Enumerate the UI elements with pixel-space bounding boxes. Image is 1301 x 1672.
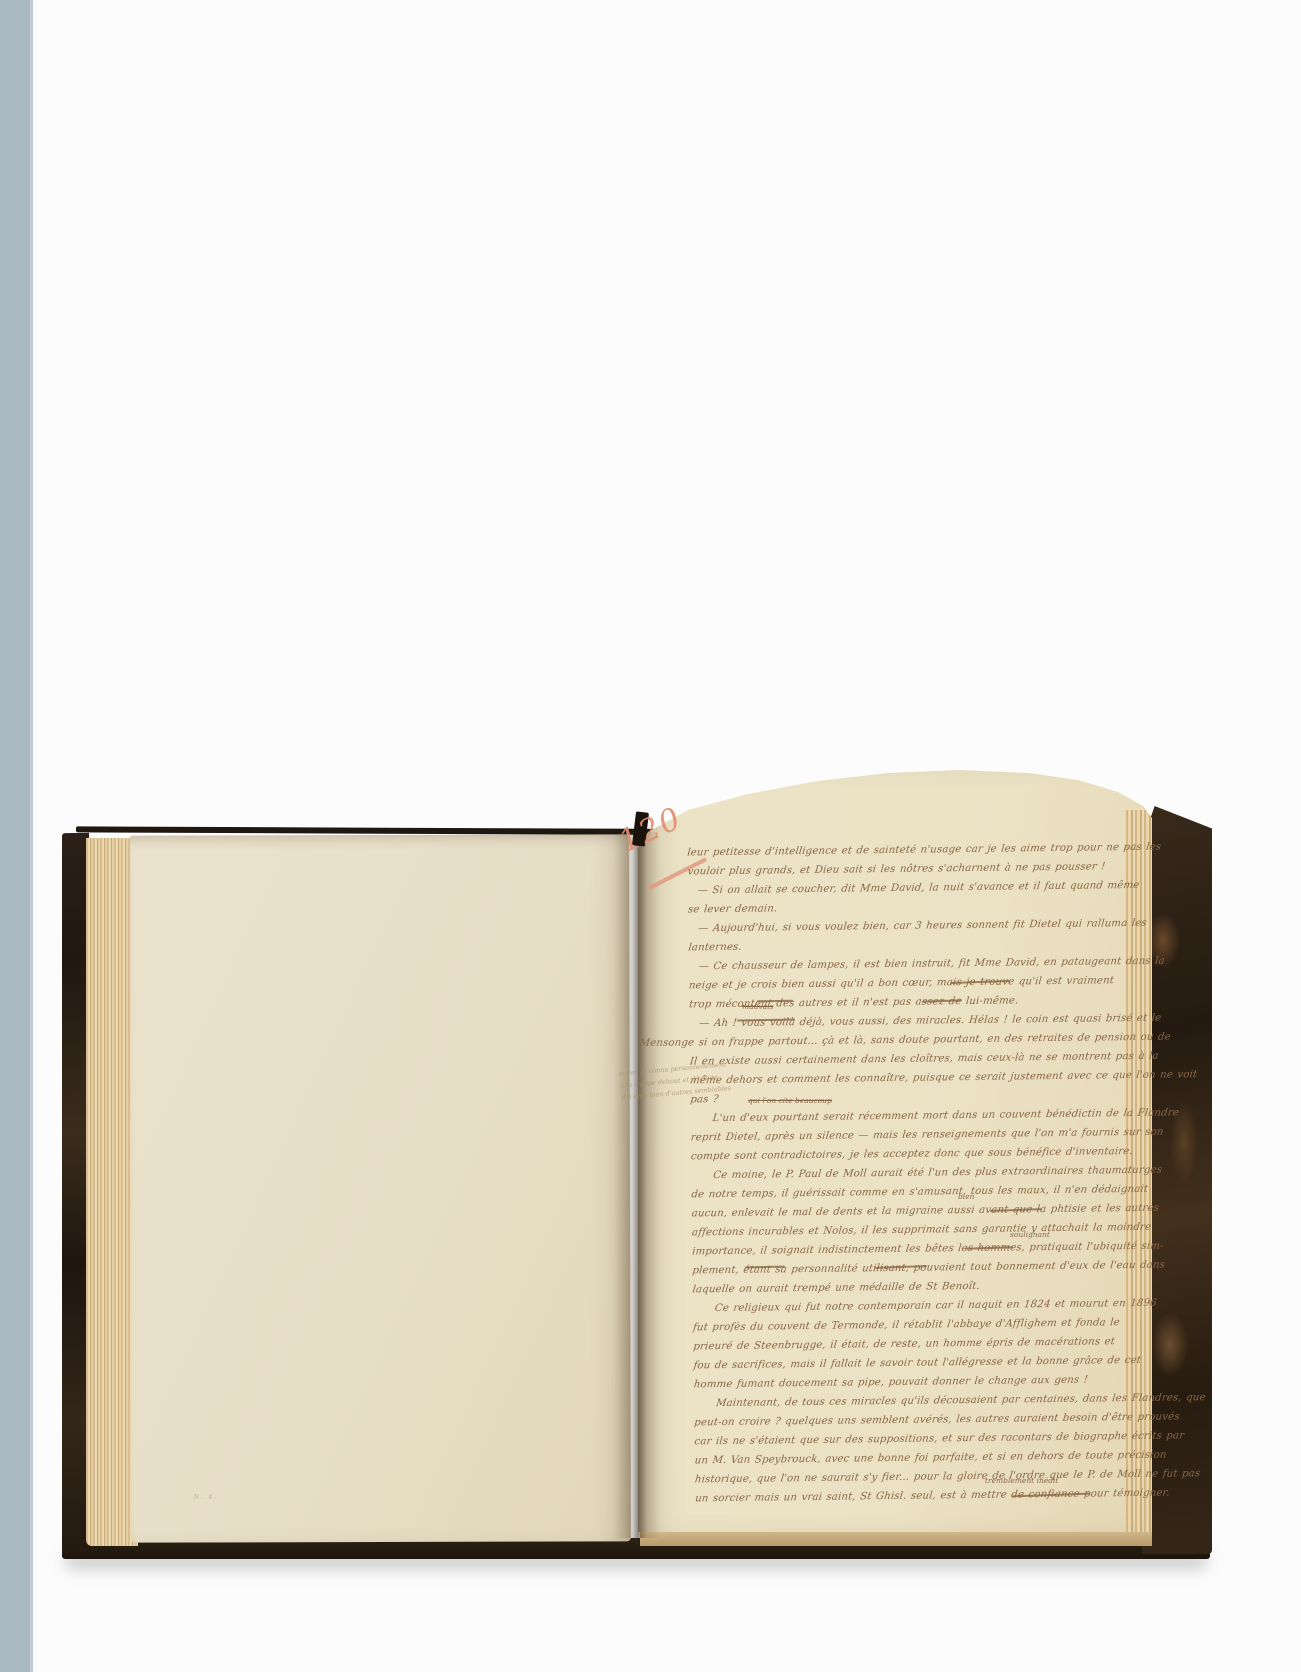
book-cover-left <box>62 833 89 1549</box>
left-blank-page: N. 4. <box>130 834 631 1542</box>
photo-canvas: N. 4. 120 leur petitesse d'intelligence … <box>0 0 1301 1672</box>
gutter-shadow <box>614 832 660 1538</box>
faint-pencil-mark: N. 4. <box>194 1493 218 1500</box>
manuscript-book-photo: N. 4. 120 leur petitesse d'intelligence … <box>0 0 1301 1672</box>
manuscript-text-block: leur petitesse d'intelligence et de sain… <box>686 839 1092 1509</box>
